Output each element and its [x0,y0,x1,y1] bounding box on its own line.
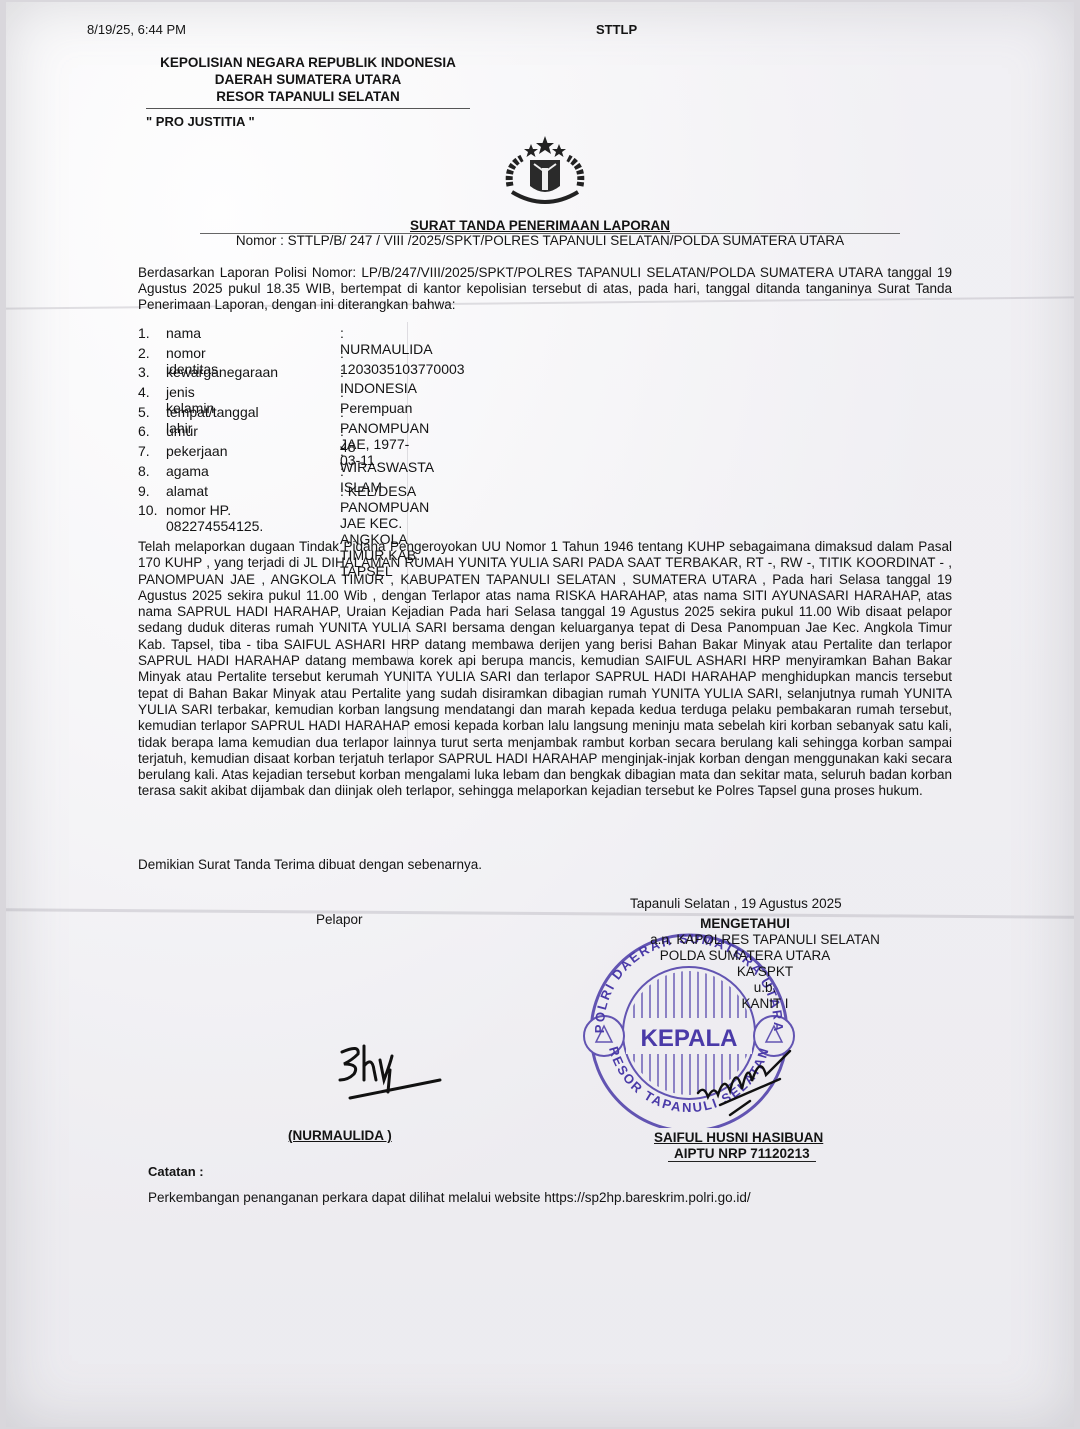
official-rank: AIPTU NRP 71120213 [668,1146,816,1162]
field-number: 7. [138,443,150,459]
field-number: 5. [138,404,150,420]
letterhead: KEPOLISIAN NEGARA REPUBLIK INDONESIA DAE… [146,54,470,105]
field-number: 1. [138,325,150,341]
letterhead-line: KEPOLISIAN NEGARA REPUBLIK INDONESIA [146,54,470,71]
report-body: Telah melaporkan dugaan Tindak Pidana Pe… [138,539,952,800]
field-label: nomor HP. 082274554125. [166,502,263,534]
field-number: 4. [138,384,150,400]
reporter-signature [330,1040,460,1110]
field-number: 3. [138,364,150,380]
paper-crease [6,908,1074,918]
field-label: pekerjaan [166,443,228,459]
polri-emblem-icon [498,134,592,214]
notes-text: Perkembangan penanganan perkara dapat di… [148,1190,751,1205]
field-label: kewarganegaraan [166,364,278,380]
closing-statement: Demikian Surat Tanda Terima dibuat denga… [138,857,952,873]
reporter-name: (NURMAULIDA ) [288,1128,392,1143]
field-label: umur [166,423,198,439]
acknowledged-label: MENGETAHUI [590,916,900,932]
official-line: POLDA SUMATERA UTARA [590,948,900,964]
print-datetime: 8/19/25, 6:44 PM [87,22,186,37]
letterhead-line: DAERAH SUMATERA UTARA [146,71,470,88]
official-line: KANIT I [630,996,900,1012]
field-number: 8. [138,463,150,479]
notes-label: Catatan : [148,1164,204,1179]
official-block: MENGETAHUI a.n. KAPOLRES TAPANULI SELATA… [590,916,900,1012]
title-divider [200,233,900,234]
field-number: 10. [138,502,157,518]
official-line: KA SPKT [630,964,900,980]
field-label: nama [166,325,201,341]
official-name: SAIFUL HUSNI HASIBUAN [654,1130,823,1145]
official-signature [690,1045,810,1125]
reporter-label: Pelapor [316,912,363,927]
doc-code: STTLP [596,22,637,37]
field-label: alamat [166,483,208,499]
document-number: Nomor : STTLP/B/ 247 / VIII /2025/SPKT/P… [180,233,900,248]
document-title: SURAT TANDA PENERIMAAN LAPORAN [180,218,900,233]
field-number: 6. [138,423,150,439]
intro-paragraph: Berdasarkan Laporan Polisi Nomor: LP/B/2… [138,265,952,314]
letterhead-line: RESOR TAPANULI SELATAN [146,88,470,105]
pro-justitia: " PRO JUSTITIA " [146,114,255,129]
official-line: a.n. KAPOLRES TAPANULI SELATAN [630,932,900,948]
field-number: 9. [138,483,150,499]
field-label: agama [166,463,209,479]
place-date: Tapanuli Selatan , 19 Agustus 2025 [630,896,842,911]
official-line: u.b. [630,980,900,996]
field-number: 2. [138,345,150,361]
letterhead-divider [146,108,470,109]
